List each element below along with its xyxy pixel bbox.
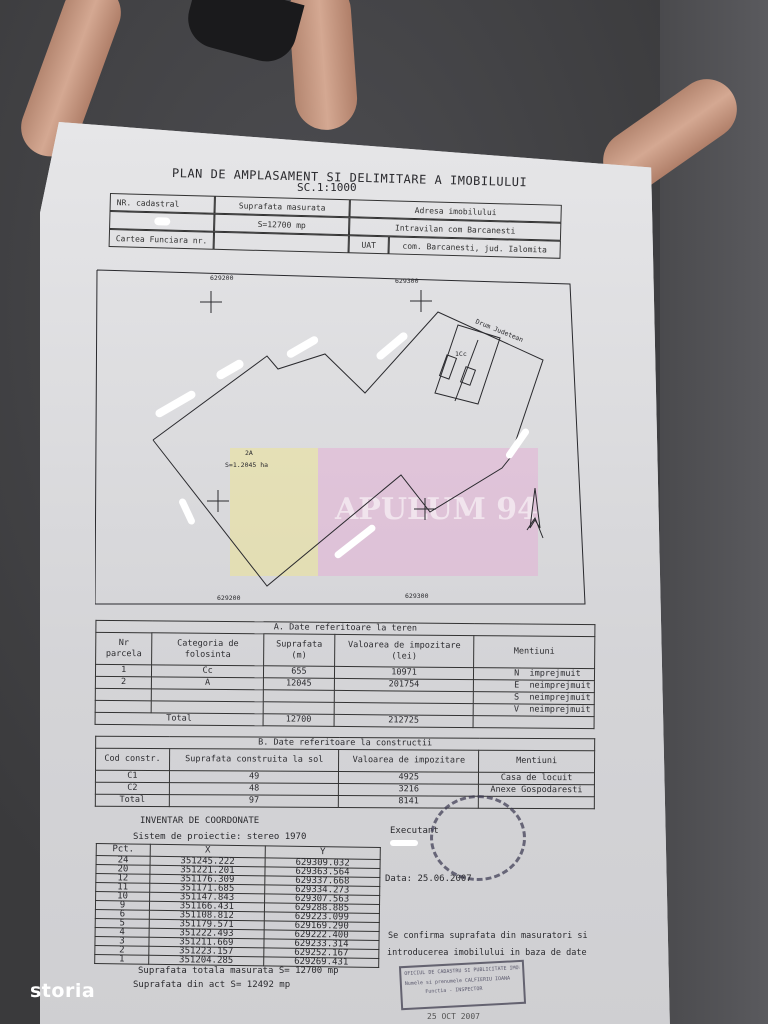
- storia-logo: storia: [30, 980, 95, 1002]
- col-header: Suprafata construita la sol: [169, 749, 339, 772]
- grid-x-bottom-right: 629300: [405, 592, 429, 600]
- section-a-table: A. Date referitoare la teren Nr parcela …: [95, 620, 596, 729]
- confirmation-line1: Se confirma suprafata din masuratori si: [388, 931, 588, 941]
- col-header: Categoria de folosinta: [152, 633, 264, 666]
- col-header: Suprafata (m): [263, 634, 334, 667]
- table-row-total: Total978141: [95, 794, 594, 809]
- executant-stamp: [430, 795, 526, 881]
- confirmation-line2: introducerea imobilului in baza de date: [387, 948, 587, 958]
- site-plan-drawing: 629200 629300 629200 629300 Drum Judetea…: [95, 268, 587, 608]
- parcel-2-label: 2A: [245, 449, 253, 457]
- carte-funciara-label: Cartea Funciara nr.: [109, 229, 214, 250]
- col-header: Pct.: [96, 844, 150, 857]
- parcel-2-area: S=1.2045 ha: [225, 461, 268, 469]
- executant-date: Data: 25.06.2007: [385, 874, 472, 884]
- col-header: Mentiuni: [474, 636, 595, 669]
- inventar-system: Sistem de proiectie: stereo 1970: [133, 832, 306, 842]
- grid-x-top-left: 629200: [210, 274, 234, 282]
- uat-value: com. Barcanesti, jud. Ialomita: [388, 236, 560, 258]
- document-scale: SC.1:1000: [297, 181, 357, 194]
- carte-funciara-value: [214, 232, 349, 254]
- col-header: Valoarea de impozitare: [339, 749, 479, 772]
- col-header: Mentiuni: [479, 750, 595, 773]
- act-area: Suprafata din act S= 12492 mp: [133, 980, 290, 990]
- redaction-mark: [390, 840, 418, 846]
- col-header: Valoarea de impozitare (lei): [335, 634, 474, 667]
- header-table: NR. cadastral Suprafata masurata S=12700…: [108, 193, 562, 277]
- col-header: Nr parcela: [96, 632, 153, 664]
- section-b-table: B. Date referitoare la constructii Cod c…: [95, 736, 595, 810]
- inventar-title: INVENTAR DE COORDONATE: [140, 816, 259, 826]
- site-plan: 629200 629300 629200 629300 Drum Judetea…: [95, 268, 587, 608]
- uat-label: UAT: [349, 235, 389, 254]
- grid-x-bottom-left: 629200: [217, 594, 241, 602]
- parcel-1-label: 1Cc: [455, 350, 467, 358]
- ocpi-stamp: OFICIUL DE CADASTRU SI PUBLICITATE IMOBI…: [399, 960, 526, 1010]
- total-measured-area: Suprafata totala masurata S= 12700 mp: [138, 966, 338, 976]
- stamp-date: 25 OCT 2007: [427, 1012, 480, 1021]
- grid-x-top-right: 629300: [395, 277, 419, 285]
- coordinates-table: Pct. X Y 24351245.222629309.03220351221.…: [94, 843, 381, 968]
- col-header: Cod constr.: [96, 748, 170, 770]
